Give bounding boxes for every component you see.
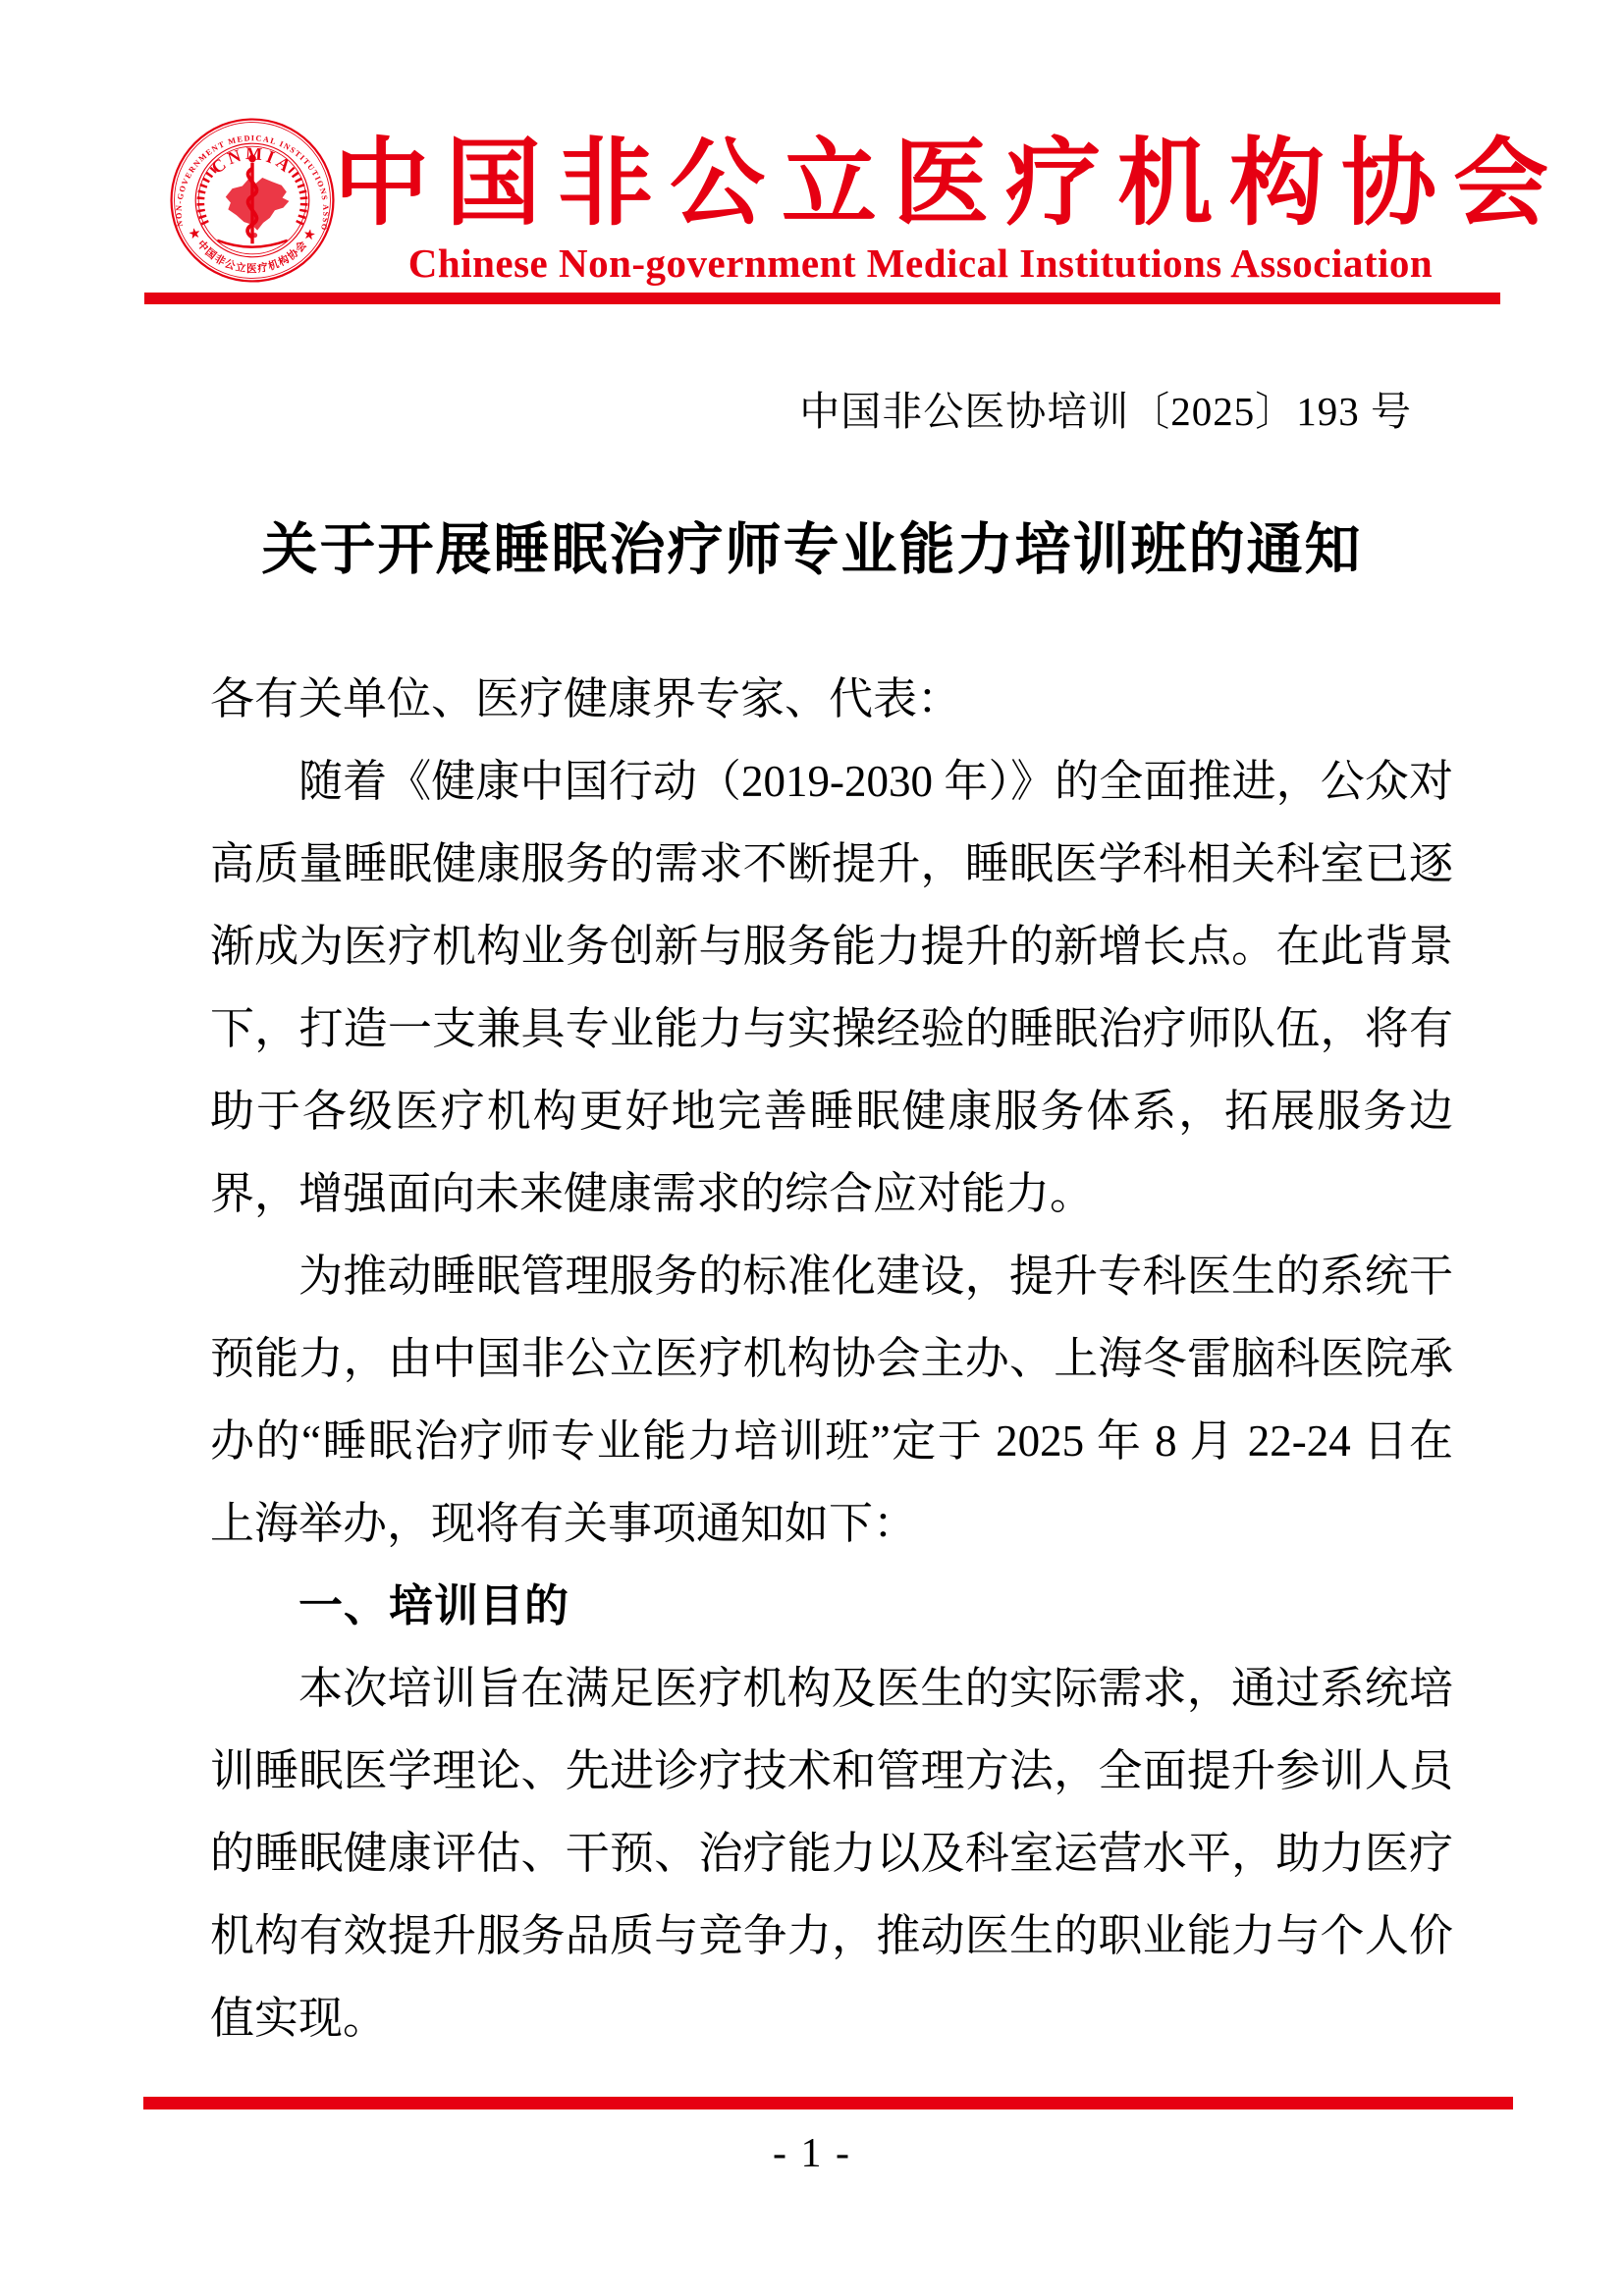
cnmia-seal-logo: CHINESE NON-GOVERNMENT MEDICAL INSTITUTI… xyxy=(168,117,337,284)
section-heading-1: 一、培训目的 xyxy=(210,1565,1453,1647)
staff-knob xyxy=(248,155,256,163)
footer-divider xyxy=(143,2097,1513,2109)
org-name-english: Chinese Non-government Medical Instituti… xyxy=(334,241,1507,285)
doc-number: 中国非公医协培训〔2025〕193 号 xyxy=(799,389,1412,434)
paragraph-3: 本次培训旨在满足医疗机构及医生的实际需求，通过系统培训睡眠医学理论、先进诊疗技术… xyxy=(210,1647,1453,2059)
paragraph-1: 随着《健康中国行动（2019-2030 年）》的全面推进，公众对高质量睡眠健康服… xyxy=(210,740,1453,1235)
page-number: - 1 - xyxy=(0,2130,1624,2177)
laurel-left-icon xyxy=(200,170,214,224)
masthead: 中国非公立医疗机构协会 Chinese Non-government Medic… xyxy=(334,133,1507,285)
document-page: CHINESE NON-GOVERNMENT MEDICAL INSTITUTI… xyxy=(0,0,1624,2296)
paragraph-2: 为推动睡眠管理服务的标准化建设，提升专科医生的系统干预能力，由中国非公立医疗机构… xyxy=(210,1235,1453,1565)
org-name-chinese: 中国非公立医疗机构协会 xyxy=(334,133,1507,236)
document-title: 关于开展睡眠治疗师专业能力培训班的通知 xyxy=(0,518,1624,583)
laurel-right-icon xyxy=(291,170,304,224)
document-body: 各有关单位、医疗健康界专家、代表： 随着《健康中国行动（2019-2030 年）… xyxy=(210,658,1453,2059)
salutation: 各有关单位、医疗健康界专家、代表： xyxy=(210,658,1453,740)
header-divider xyxy=(144,293,1500,304)
